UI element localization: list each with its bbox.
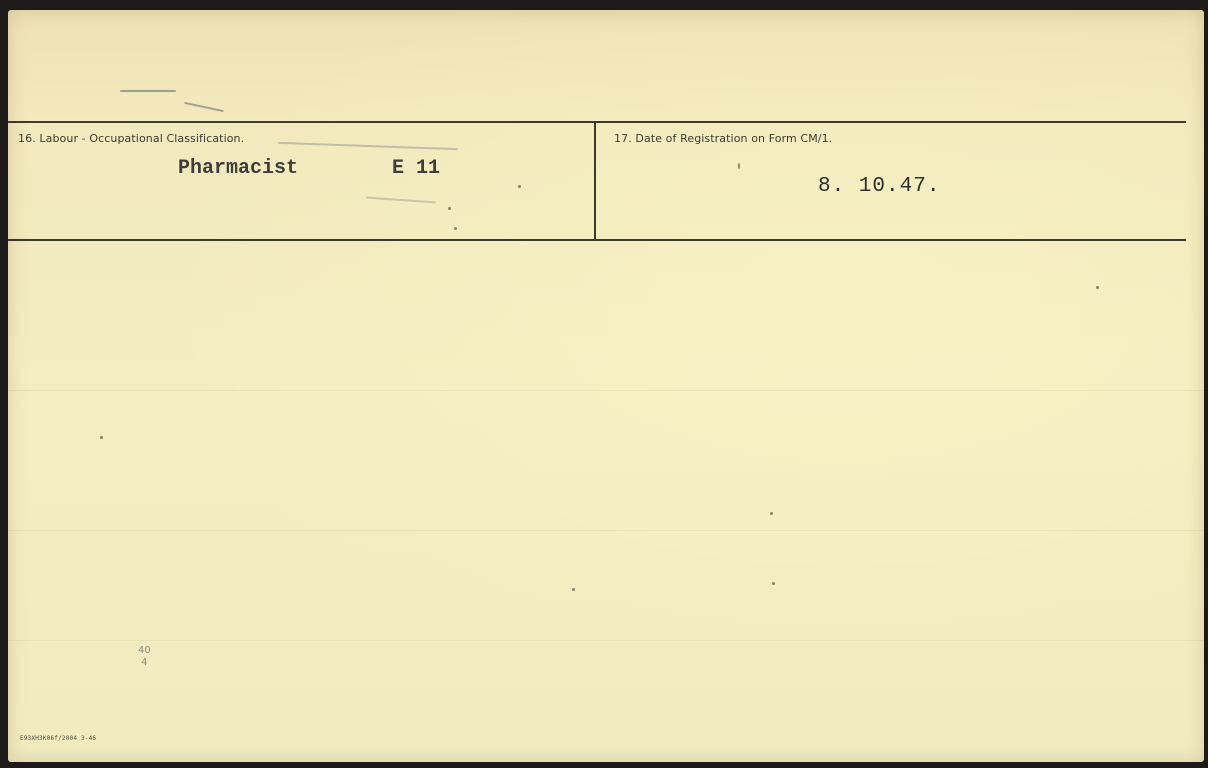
ink-speck xyxy=(738,163,740,169)
pencil-scribble xyxy=(278,142,458,150)
field-17-label: 17. Date of Registration on Form CM/1. xyxy=(614,132,832,145)
ink-speck xyxy=(770,512,773,515)
fields-row: 16. Labour - Occupational Classification… xyxy=(8,121,1186,241)
ink-speck xyxy=(518,185,521,188)
field-occupational-classification: 16. Labour - Occupational Classification… xyxy=(8,123,596,239)
pencil-mark xyxy=(366,197,436,204)
faint-ruled-line xyxy=(8,530,1204,531)
field-16-label: 16. Labour - Occupational Classification… xyxy=(18,132,244,145)
field-registration-date: 17. Date of Registration on Form CM/1. 8… xyxy=(596,123,1186,239)
faint-ruled-line xyxy=(8,640,1204,641)
ink-speck xyxy=(454,227,457,230)
ink-speck xyxy=(100,436,103,439)
classification-code: E 11 xyxy=(392,157,440,180)
pencil-mark xyxy=(120,90,176,92)
index-card: 16. Labour - Occupational Classification… xyxy=(8,10,1204,762)
pencil-mark xyxy=(184,102,224,112)
occupation-value: Pharmacist xyxy=(178,157,298,180)
card-header-blank-area xyxy=(8,10,1204,120)
printer-code: E93XH3K06f/2004 3-46 xyxy=(20,735,96,742)
margin-fraction-note: 40 4 xyxy=(138,645,151,669)
faint-ruled-line xyxy=(8,390,1204,391)
ink-speck xyxy=(1096,286,1099,289)
registration-date-value: 8. 10.47. xyxy=(818,175,940,198)
ink-speck xyxy=(772,582,775,585)
ink-speck xyxy=(448,207,451,210)
ink-speck xyxy=(572,588,575,591)
